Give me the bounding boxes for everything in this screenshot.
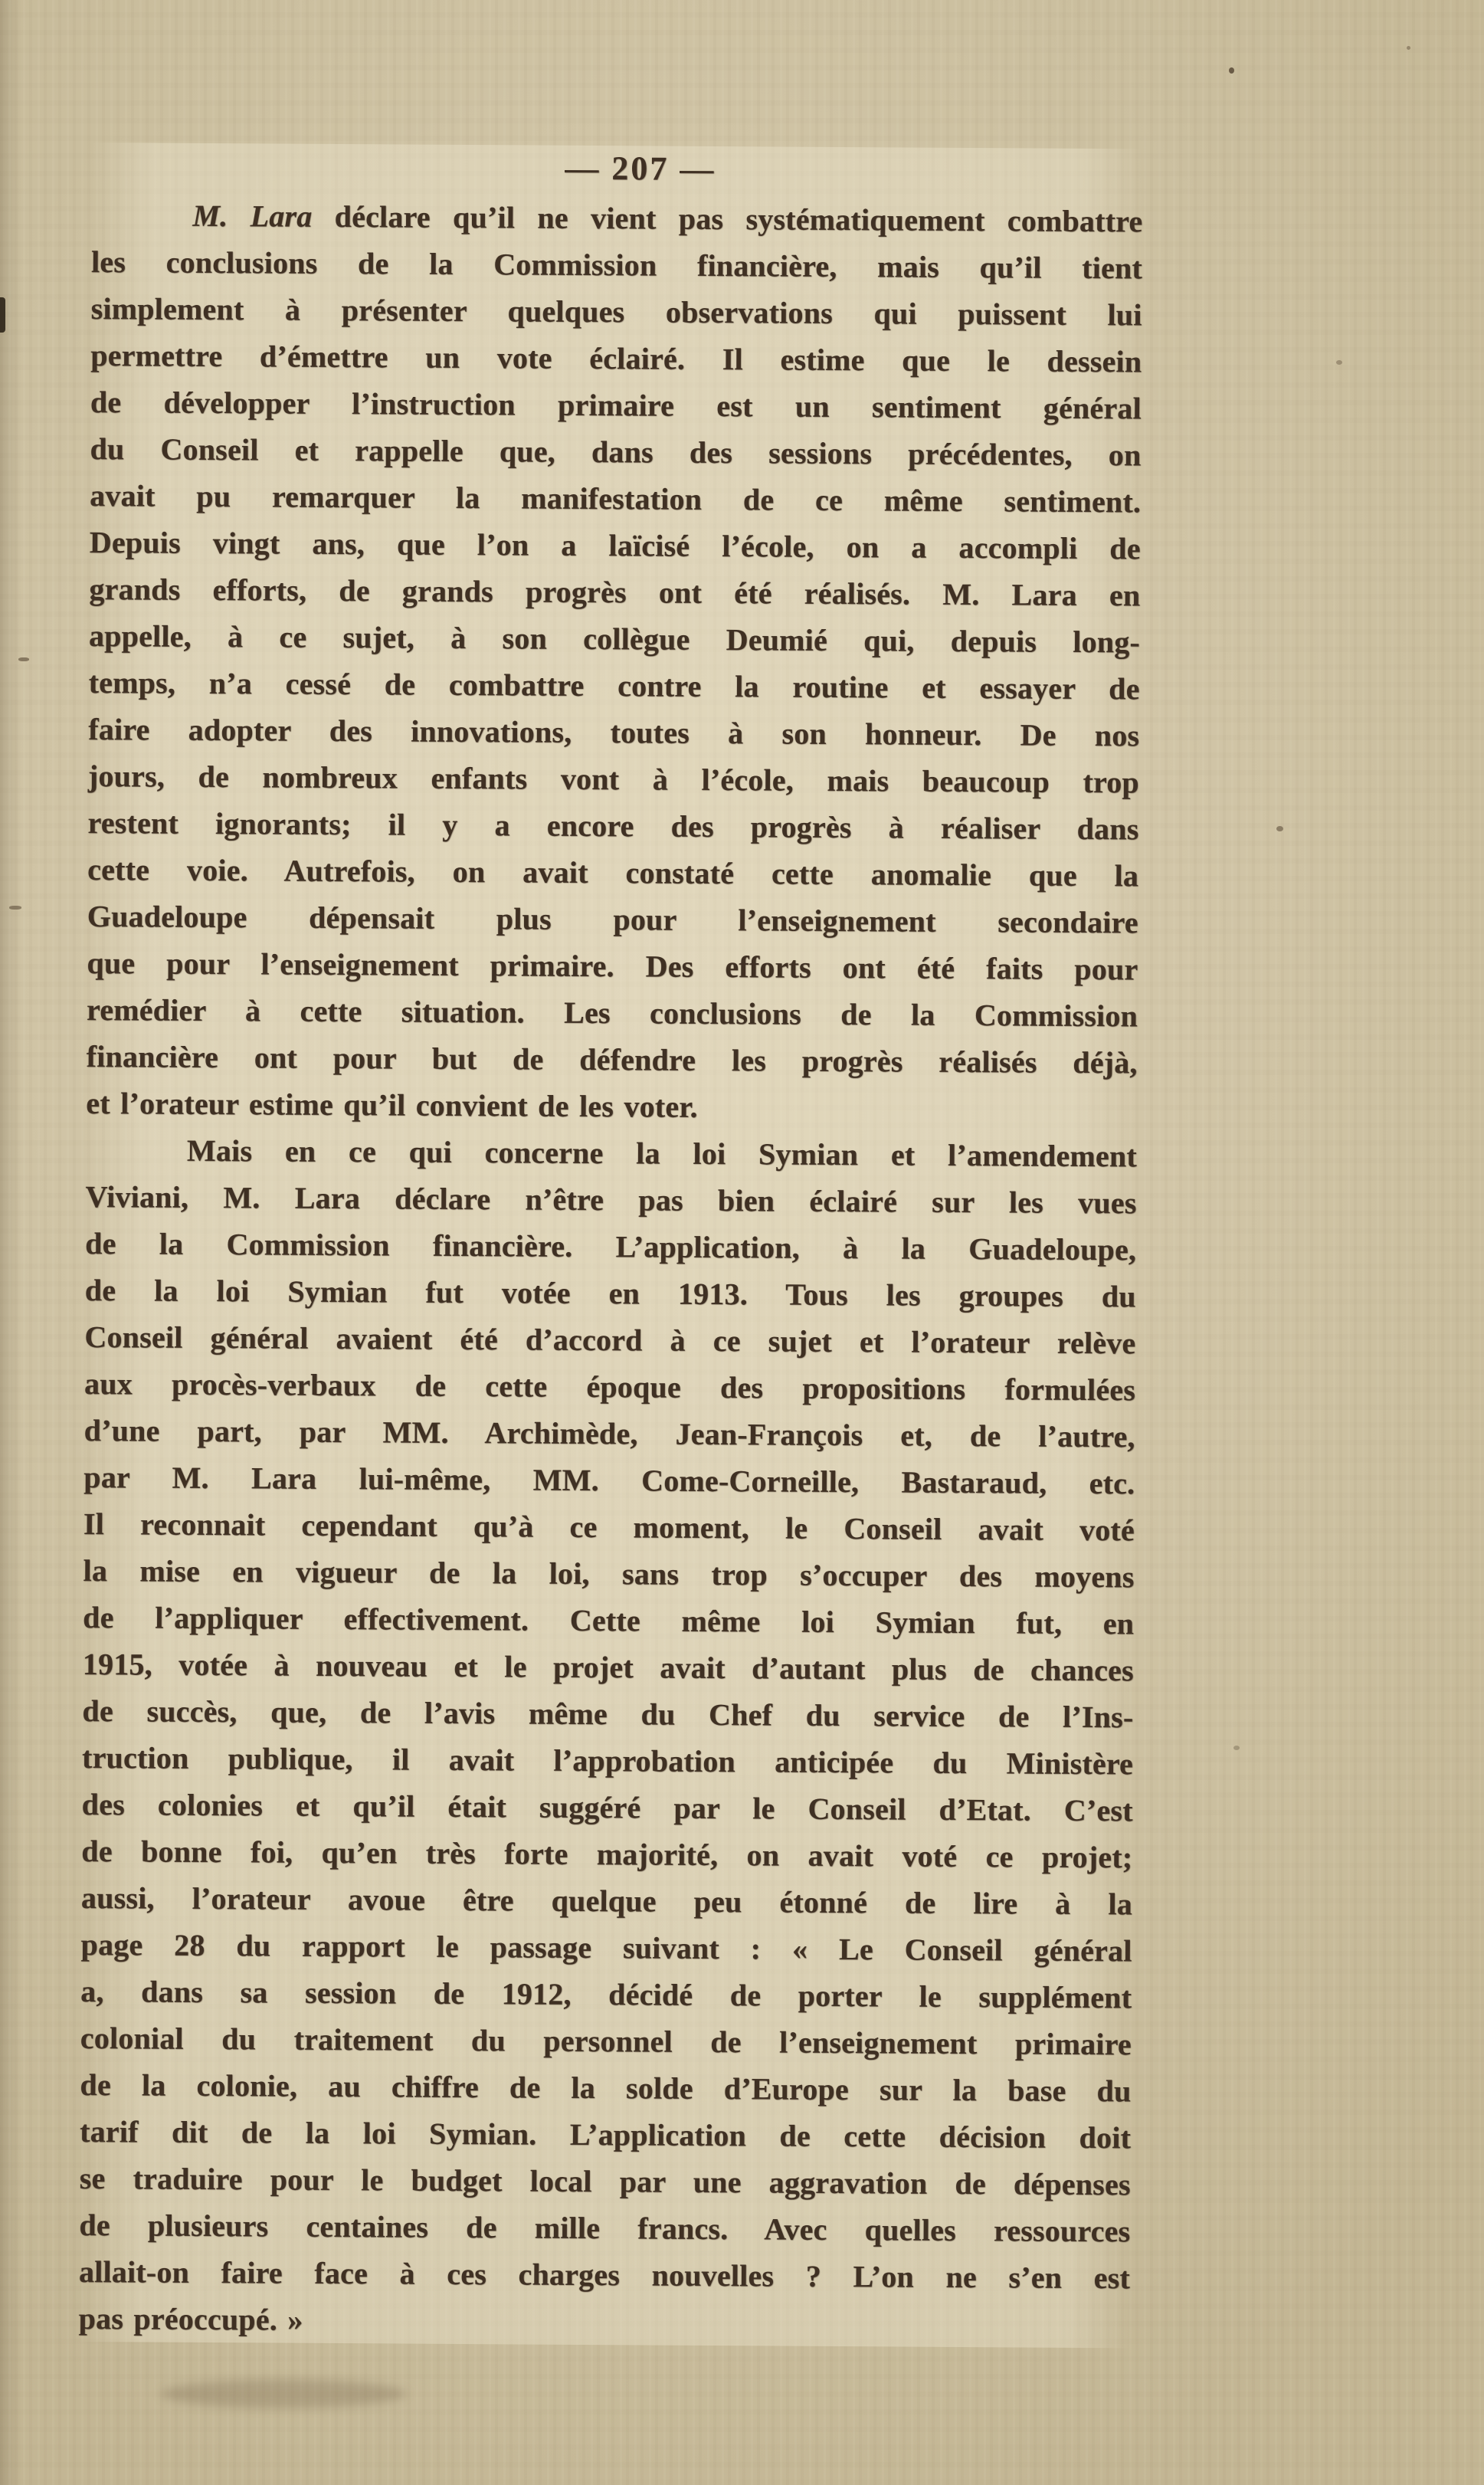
text-line: et l’orateur estime qu’il convient de le… (86, 1080, 1137, 1133)
text-line: se traduire pour le budget local par une… (80, 2155, 1131, 2208)
text-line: de bonne foi, qu’en très forte majorité,… (81, 1828, 1132, 1880)
text-line: que pour l’enseignement primaire. Des ef… (87, 939, 1138, 992)
ink-speck (1407, 46, 1410, 50)
text-line: de la loi Symian fut votée en 1913. Tous… (85, 1267, 1136, 1320)
text-line: de succès, que, de l’avis même du Chef d… (82, 1687, 1133, 1740)
text-line: par M. Lara lui-même, MM. Come-Corneille… (84, 1454, 1135, 1506)
text-line: de développer l’instruction primaire est… (90, 379, 1142, 431)
text-line: a, dans sa session de 1912, décidé de po… (80, 1968, 1132, 2021)
body-text: M. Lara déclare qu’il ne vient pas systé… (78, 192, 1142, 2348)
text-line: jours, de nombreux enfants vont à l’écol… (88, 752, 1139, 805)
text-line: tarif dit de la loi Symian. L’applicatio… (80, 2108, 1131, 2161)
text-line: M. Lara déclare qu’il ne vient pas systé… (91, 192, 1142, 244)
text-line: aussi, l’orateur avoue être quelque peu … (81, 1874, 1132, 1927)
text-line: d’une part, par MM. Archimède, Jean-Fran… (84, 1407, 1135, 1460)
text-line: grands efforts, de grands progrès ont ét… (89, 566, 1140, 618)
text-line: 1915, votée à nouveau et le projet avait… (83, 1641, 1134, 1693)
text-line: restent ignorants; il y a encore des pro… (87, 799, 1138, 852)
text-line: Guadeloupe dépensait plus pour l’enseign… (87, 893, 1138, 946)
text-line: Conseil général avaient été d’accord à c… (84, 1313, 1135, 1366)
text-line: financière ont pour but de défendre les … (87, 1033, 1138, 1086)
text-line: de la colonie, au chiffre de la solde d’… (80, 2061, 1131, 2114)
text-line: appelle, à ce sujet, à son collègue Deum… (89, 612, 1140, 665)
text-line: de la Commission financière. L’applicati… (85, 1220, 1136, 1273)
text-line: colonial du traitement du personnel de l… (80, 2015, 1132, 2067)
text-line: truction publique, il avait l’approbatio… (82, 1734, 1133, 1787)
text-line: page 28 du rapport le passage suivant : … (80, 1921, 1132, 1974)
scanned-document-page: — 207 — M. Lara déclare qu’il ne vient p… (0, 0, 1484, 2485)
ink-speck (1276, 826, 1283, 831)
ink-speck (1336, 360, 1342, 365)
speaker-name: M. Lara (192, 198, 312, 234)
text-line: des colonies et qu’il était suggéré par … (82, 1781, 1133, 1834)
text-line: Viviani, M. Lara déclare n’être pas bien… (85, 1173, 1136, 1226)
text-line: les conclusions de la Commission financi… (91, 238, 1142, 291)
ink-speck (9, 906, 21, 910)
text-line: cette voie. Autrefois, on avait constaté… (87, 846, 1138, 899)
text-line: permettre d’émettre un vote éclairé. Il … (90, 332, 1142, 385)
ink-speck (18, 657, 29, 661)
text-line: avait pu remarquer la manifestation de c… (90, 472, 1141, 525)
text-line: remédier à cette situation. Les conclusi… (87, 986, 1138, 1039)
text-column: — 207 — M. Lara déclare qu’il ne vient p… (78, 143, 1143, 2348)
text-line: temps, n’a cessé de combattre contre la … (89, 659, 1140, 712)
text-line: Mais en ce qui concerne la loi Symian et… (86, 1126, 1137, 1179)
text-line: de l’appliquer effectivement. Cette même… (83, 1594, 1134, 1647)
ink-speck (1229, 67, 1234, 74)
ink-smudge (161, 2379, 406, 2408)
text-line: Depuis vingt ans, que l’on a laïcisé l’é… (90, 519, 1141, 572)
text-line: du Conseil et rappelle que, dans des ses… (90, 425, 1141, 478)
text-line: allait-on faire face à ces charges nouve… (79, 2248, 1130, 2301)
text-line: la mise en vigueur de la loi, sans trop … (83, 1547, 1134, 1600)
text-line: faire adopter des innovations, toutes à … (88, 706, 1139, 759)
text-line: aux procès-verbaux de cette époque des p… (84, 1360, 1135, 1413)
ink-speck (1233, 1746, 1240, 1750)
text-line: pas préoccupé. » (78, 2295, 1129, 2348)
text-line: Il reconnait cependant qu’à ce moment, l… (84, 1500, 1135, 1553)
text-line: de plusieurs centaines de mille francs. … (79, 2201, 1130, 2254)
page-edge-ink-mark (0, 297, 5, 333)
page-number: — 207 — (138, 143, 1143, 195)
text-line: simplement à présenter quelques observat… (90, 285, 1142, 338)
